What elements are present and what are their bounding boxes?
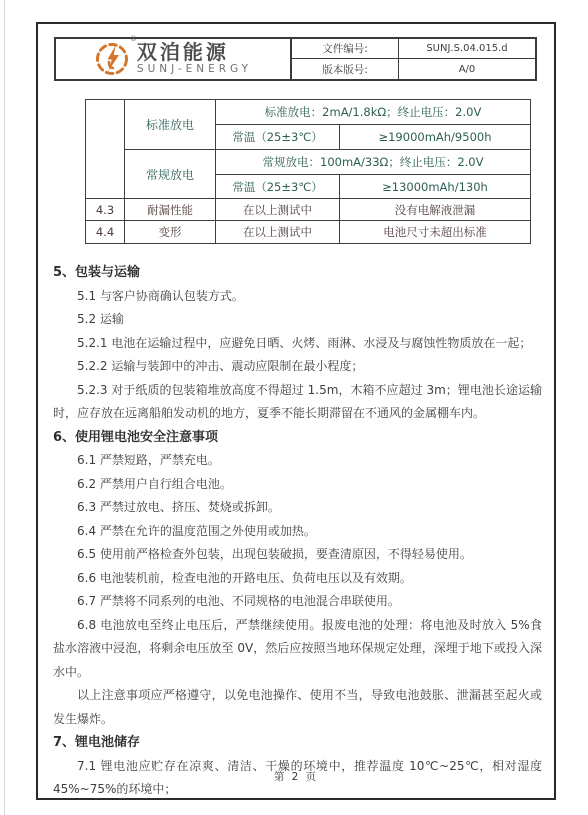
paragraph-6-8: 6.8 电池放电至终止电压后，严禁继续使用。报废电池的处理：将电池及时放入 5%… — [53, 614, 542, 685]
spec-table: 标准放电 标准放电：2mA/1.8kΩ；终止电压：2.0V 常温（25±3℃） … — [85, 99, 531, 244]
version-label: 版本版号: — [292, 59, 399, 79]
company-name-cn: 双洎能源 — [137, 42, 252, 63]
logo-text: ® 双洎能源 SUNJ-ENERGY — [137, 42, 252, 75]
standard-discharge-condition: 常温（25±3℃） — [216, 125, 340, 150]
table-row: 4.4 变形 在以上测试中 电池尺寸未超出标准 — [86, 221, 531, 244]
paragraph-5-2-2: 5.2.2 运输与装卸中的冲击、震动应限制在最小程度； — [53, 355, 542, 379]
paragraph-5-1: 5.1 与客户协商确认包装方式。 — [53, 285, 542, 309]
row-number: 4.3 — [86, 199, 125, 221]
section-6-heading: 6、使用锂电池安全注意事项 — [53, 426, 542, 450]
paragraph-6-4: 6.4 严禁在允许的温度范围之外使用或加热。 — [53, 520, 542, 544]
table-row: 4.3 耐漏性能 在以上测试中 没有电解液泄漏 — [86, 199, 531, 221]
paragraph-5-2-1: 5.2.1 电池在运输过程中，应避免日晒、火烤、雨淋、水浸及与腐蚀性物质放在一起… — [53, 332, 542, 356]
normal-discharge-condition: 常温（25±3℃） — [216, 175, 340, 199]
paragraph-5-2: 5.2 运输 — [53, 308, 542, 332]
row-number: 4.4 — [86, 221, 125, 244]
paragraph-6-5: 6.5 使用前严格检查外包装，出现包装破损，要查清原因，不得轻易使用。 — [53, 543, 542, 567]
test-condition: 在以上测试中 — [216, 199, 340, 221]
version-value: A/0 — [399, 59, 535, 79]
registered-mark: ® — [130, 36, 137, 43]
company-name-en: SUNJ-ENERGY — [137, 64, 252, 75]
table-row: 常规放电 常规放电：100mA/33Ω；终止电压：2.0V — [86, 150, 531, 175]
doc-number-value: SUNJ.S.04.015.d — [399, 39, 535, 59]
company-logo: ® 双洎能源 SUNJ-ENERGY — [56, 39, 290, 79]
test-condition: 在以上测试中 — [216, 221, 340, 244]
normal-discharge-name: 常规放电 — [125, 150, 216, 199]
standard-discharge-name: 标准放电 — [125, 100, 216, 150]
scan-page-edge — [4, 0, 5, 815]
paragraph-6-2: 6.2 严禁用户自行组合电池。 — [53, 473, 542, 497]
document-body: 5、包装与运输 5.1 与客户协商确认包装方式。 5.2 运输 5.2.1 电池… — [53, 261, 542, 802]
test-result: 没有电解液泄漏 — [340, 199, 531, 221]
page-footer: 第 2 页 — [38, 769, 554, 784]
normal-discharge-spec: 常规放电：100mA/33Ω；终止电压：2.0V — [216, 150, 531, 175]
paragraph-6-3: 6.3 严禁过放电、挤压、焚烧或拆卸。 — [53, 496, 542, 520]
test-item: 变形 — [125, 221, 216, 244]
test-item: 耐漏性能 — [125, 199, 216, 221]
standard-discharge-result: ≥19000mAh/9500h — [340, 125, 531, 150]
section-7-heading: 7、锂电池储存 — [53, 731, 542, 755]
document-header: ® 双洎能源 SUNJ-ENERGY 文件编号: SUNJ.S.04.015.d… — [54, 37, 537, 81]
page-frame: ® 双洎能源 SUNJ-ENERGY 文件编号: SUNJ.S.04.015.d… — [36, 22, 556, 800]
paragraph-5-2-3: 5.2.3 对于纸质的包装箱堆放高度不得超过 1.5m，木箱不应超过 3m；锂电… — [53, 379, 542, 426]
paragraph-6-1: 6.1 严禁短路，严禁充电。 — [53, 449, 542, 473]
test-result: 电池尺寸未超出标准 — [340, 221, 531, 244]
section-5-heading: 5、包装与运输 — [53, 261, 542, 285]
doc-number-label: 文件编号: — [292, 39, 399, 59]
doc-info-table: 文件编号: SUNJ.S.04.015.d 版本版号: A/0 — [290, 39, 535, 79]
table-row: 标准放电 标准放电：2mA/1.8kΩ；终止电压：2.0V — [86, 100, 531, 125]
row-number-cell-empty — [86, 100, 125, 199]
paragraph-6-7: 6.7 严禁将不同系列的电池、不同规格的电池混合串联使用。 — [53, 590, 542, 614]
lightning-circle-icon — [94, 41, 130, 77]
paragraph-6-note: 以上注意事项应严格遵守，以免电池操作、使用不当，导致电池鼓胀、泄漏甚至起火或发生… — [53, 684, 542, 731]
standard-discharge-spec: 标准放电：2mA/1.8kΩ；终止电压：2.0V — [216, 100, 531, 125]
paragraph-6-6: 6.6 电池装机前，检查电池的开路电压、负荷电压以及有效期。 — [53, 567, 542, 591]
normal-discharge-result: ≥13000mAh/130h — [340, 175, 531, 199]
